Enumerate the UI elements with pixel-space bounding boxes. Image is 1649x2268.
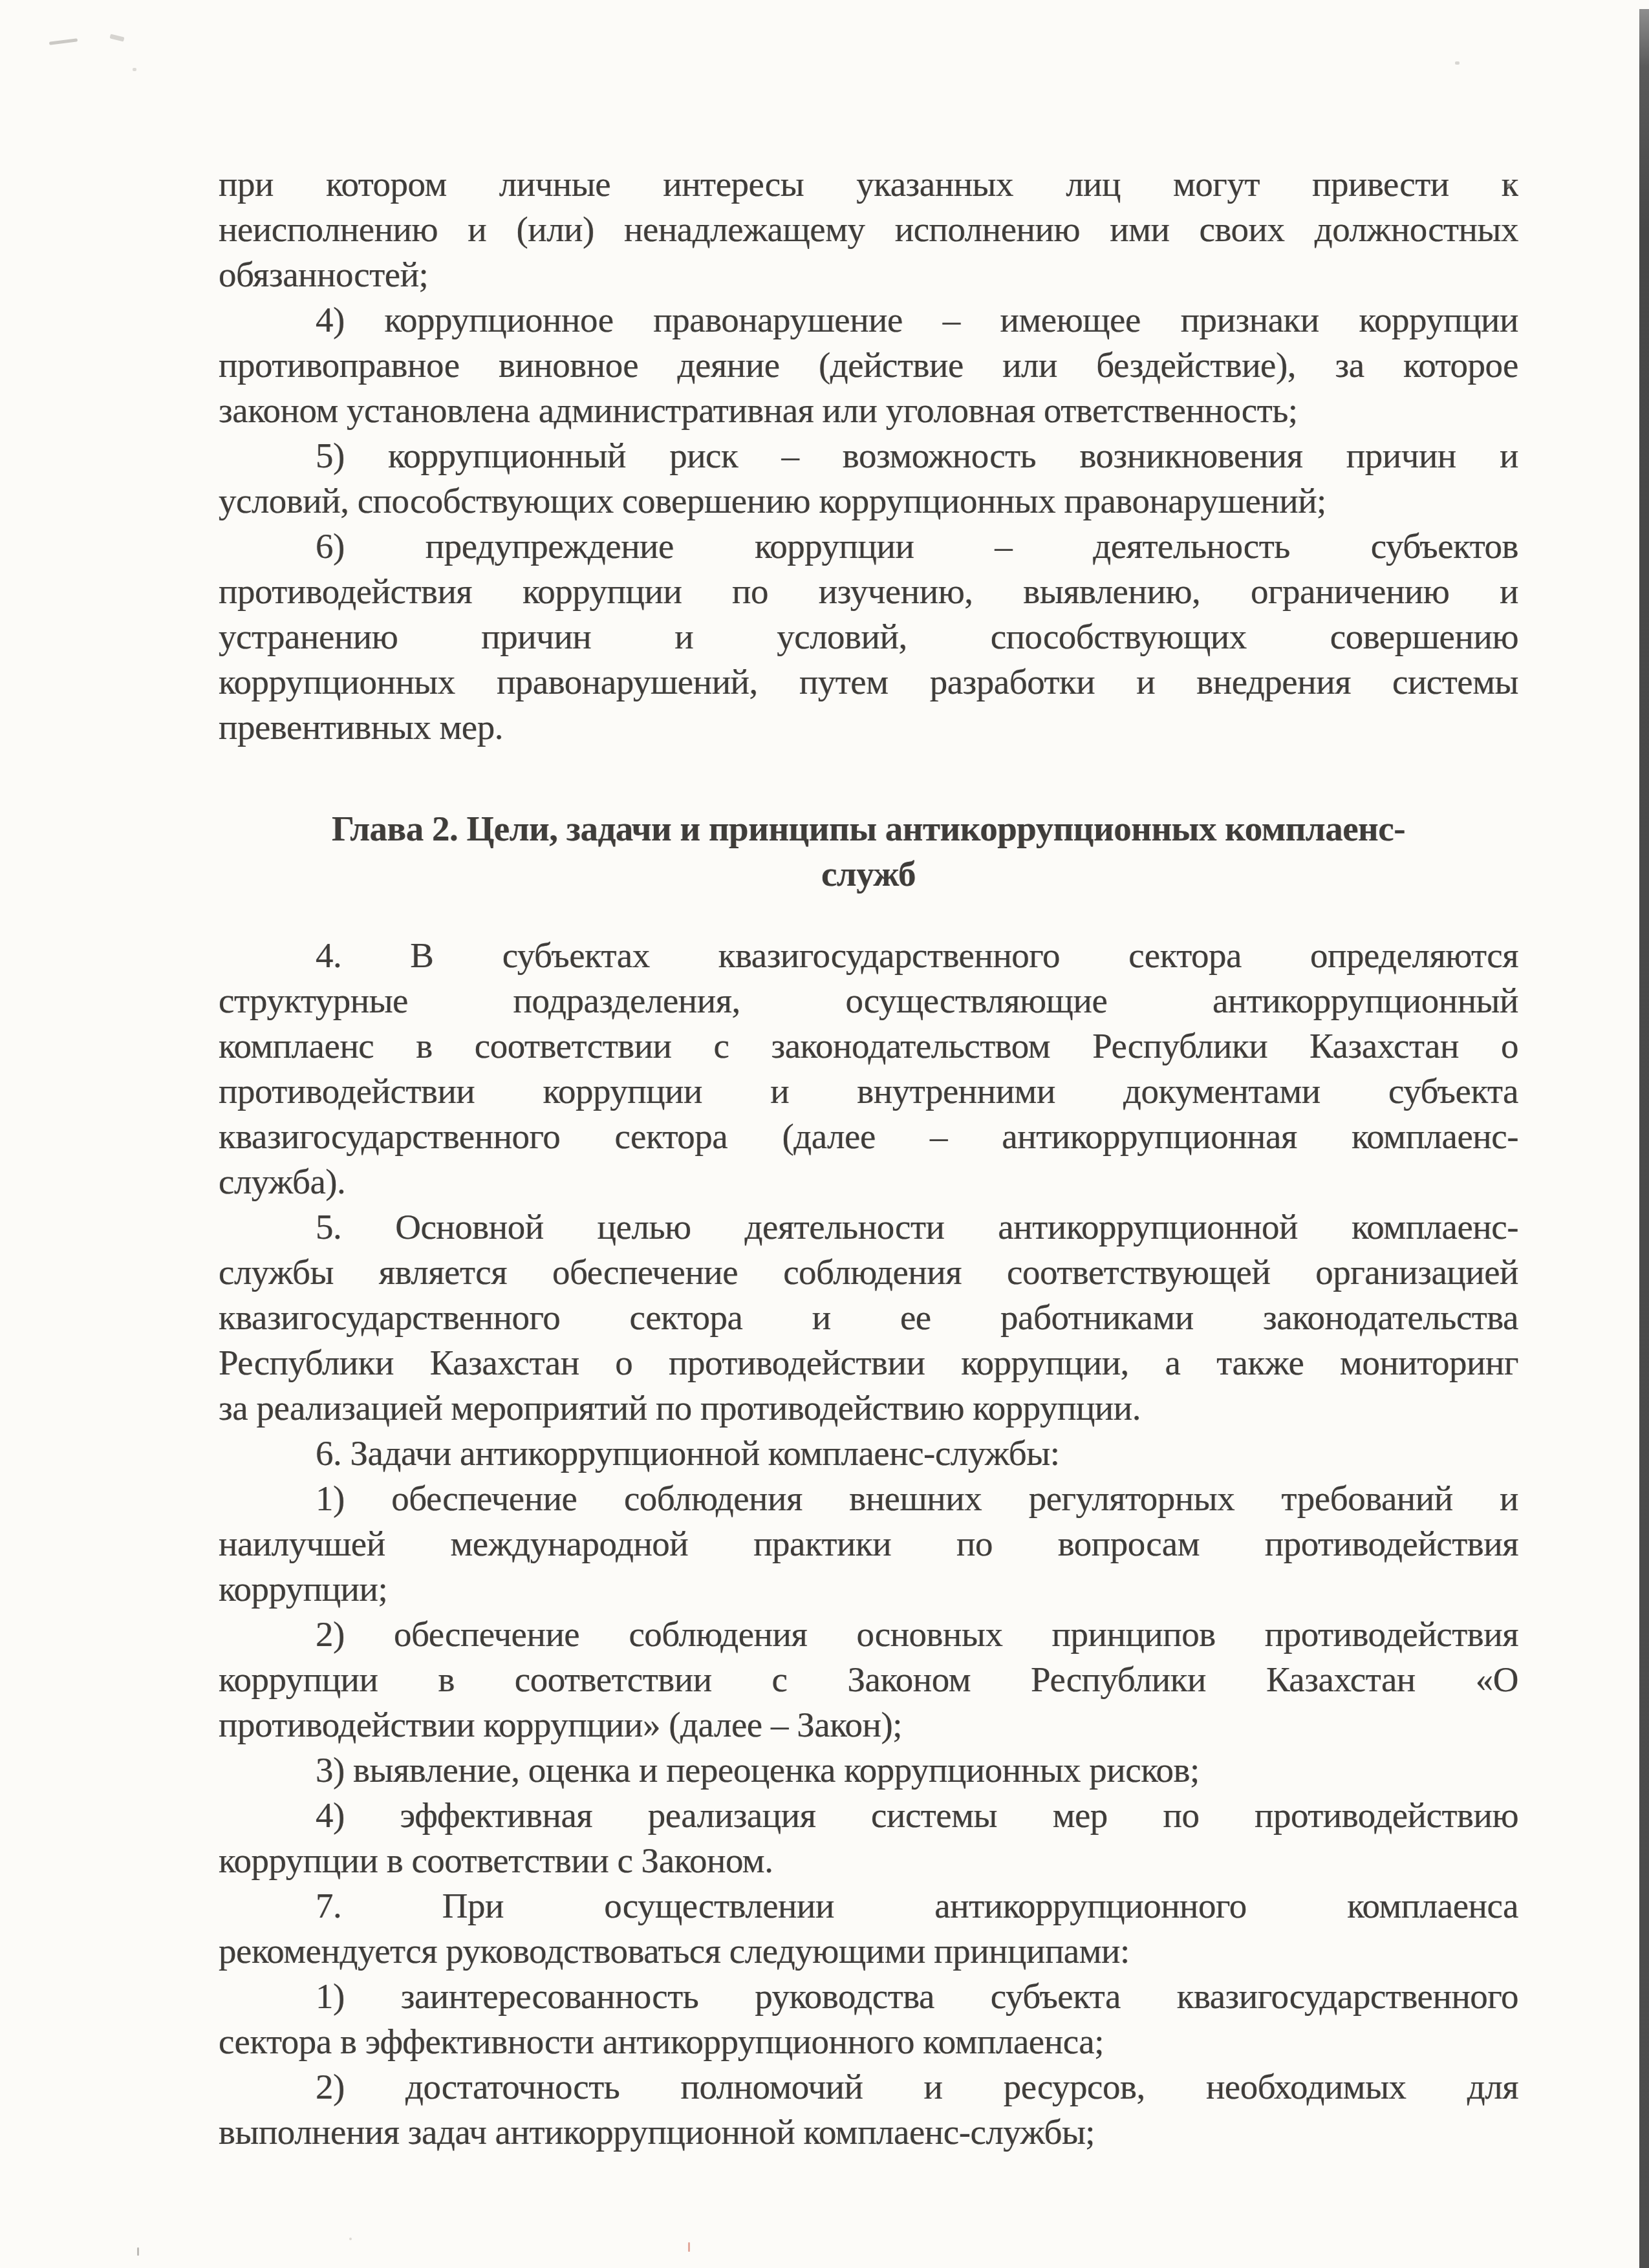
scan-speck	[109, 34, 124, 41]
text-line: служба).	[219, 1159, 1518, 1204]
text-line: коррупции в соответствии с Законом.	[219, 1838, 1518, 1883]
text-line: при котором личные интересы указанных ли…	[219, 162, 1518, 207]
document-page: при котором личные интересы указанных ли…	[0, 0, 1649, 2268]
scan-speck	[1455, 61, 1460, 65]
text-line: противодействия коррупции по изучению, в…	[219, 569, 1518, 614]
scan-speck	[49, 38, 78, 45]
text-line: структурные подразделения, осуществляющи…	[219, 978, 1518, 1023]
chapter-heading: Глава 2. Цели, задачи и принципы антикор…	[219, 806, 1518, 897]
text-line: устранению причин и условий, способствую…	[219, 614, 1518, 659]
text-column: при котором личные интересы указанных ли…	[219, 162, 1518, 2155]
text-line: службы является обеспечение соблюдения с…	[219, 1250, 1518, 1295]
text-line: комплаенс в соответствии с законодательс…	[219, 1023, 1518, 1069]
text-line: условий, способствующих совершению корру…	[219, 478, 1518, 524]
intro-paragraphs: при котором личные интересы указанных ли…	[219, 162, 1518, 750]
text-line: выполнения задач антикоррупционной компл…	[219, 2110, 1518, 2155]
text-line: коррупции;	[219, 1567, 1518, 1612]
text-line: Республики Казахстан о противодействии к…	[219, 1340, 1518, 1385]
text-line: 4) коррупционное правонарушение – имеюще…	[219, 297, 1518, 343]
text-line: 2) достаточность полномочий и ресурсов, …	[219, 2064, 1518, 2110]
heading-line: служб	[219, 851, 1518, 897]
text-line: 1) заинтересованность руководства субъек…	[219, 1974, 1518, 2019]
text-line: 7. При осуществлении антикоррупционного …	[219, 1883, 1518, 1929]
text-line: коррупционных правонарушений, путем разр…	[219, 659, 1518, 705]
text-line: коррупции в соответствии с Законом Респу…	[219, 1657, 1518, 1702]
chapter-paragraphs: 4. В субъектах квазигосударственного сек…	[219, 933, 1518, 2155]
text-line: превентивных мер.	[219, 705, 1518, 750]
scan-speck	[688, 2242, 690, 2252]
text-line: противодействии коррупции» (далее – Зако…	[219, 1702, 1518, 1748]
text-line: 5) коррупционный риск – возможность возн…	[219, 433, 1518, 478]
text-line: противодействии коррупции и внутренними …	[219, 1069, 1518, 1114]
text-line: 3) выявление, оценка и переоценка корруп…	[219, 1748, 1518, 1793]
heading-line: Глава 2. Цели, задачи и принципы антикор…	[219, 806, 1518, 851]
text-line: за реализацией мероприятий по противодей…	[219, 1385, 1518, 1431]
text-line: неисполнению и (или) ненадлежащему испол…	[219, 207, 1518, 252]
text-line: сектора в эффективности антикоррупционно…	[219, 2019, 1518, 2064]
text-line: 6. Задачи антикоррупционной комплаенс-сл…	[219, 1431, 1518, 1476]
text-line: обязанностей;	[219, 252, 1518, 297]
text-line: квазигосударственного сектора (далее – а…	[219, 1114, 1518, 1159]
text-line: законом установлена административная или…	[219, 388, 1518, 433]
scan-speck	[137, 2247, 139, 2256]
text-line: 4. В субъектах квазигосударственного сек…	[219, 933, 1518, 978]
text-line: наилучшей международной практики по вопр…	[219, 1521, 1518, 1567]
text-line: 4) эффективная реализация системы мер по…	[219, 1793, 1518, 1838]
text-line: 6) предупреждение коррупции – деятельнос…	[219, 524, 1518, 569]
scan-speck	[349, 2238, 352, 2240]
text-line: 2) обеспечение соблюдения основных принц…	[219, 1612, 1518, 1657]
text-line: 5. Основной целью деятельности антикорру…	[219, 1204, 1518, 1250]
text-line: противоправное виновное деяние (действие…	[219, 343, 1518, 388]
scan-speck	[1507, 184, 1511, 187]
text-line: квазигосударственного сектора и ее работ…	[219, 1295, 1518, 1340]
scan-edge-shadow	[1639, 9, 1649, 2268]
text-line: рекомендуется руководствоваться следующи…	[219, 1929, 1518, 1974]
text-line: 1) обеспечение соблюдения внешних регуля…	[219, 1476, 1518, 1521]
scan-speck	[133, 68, 136, 71]
